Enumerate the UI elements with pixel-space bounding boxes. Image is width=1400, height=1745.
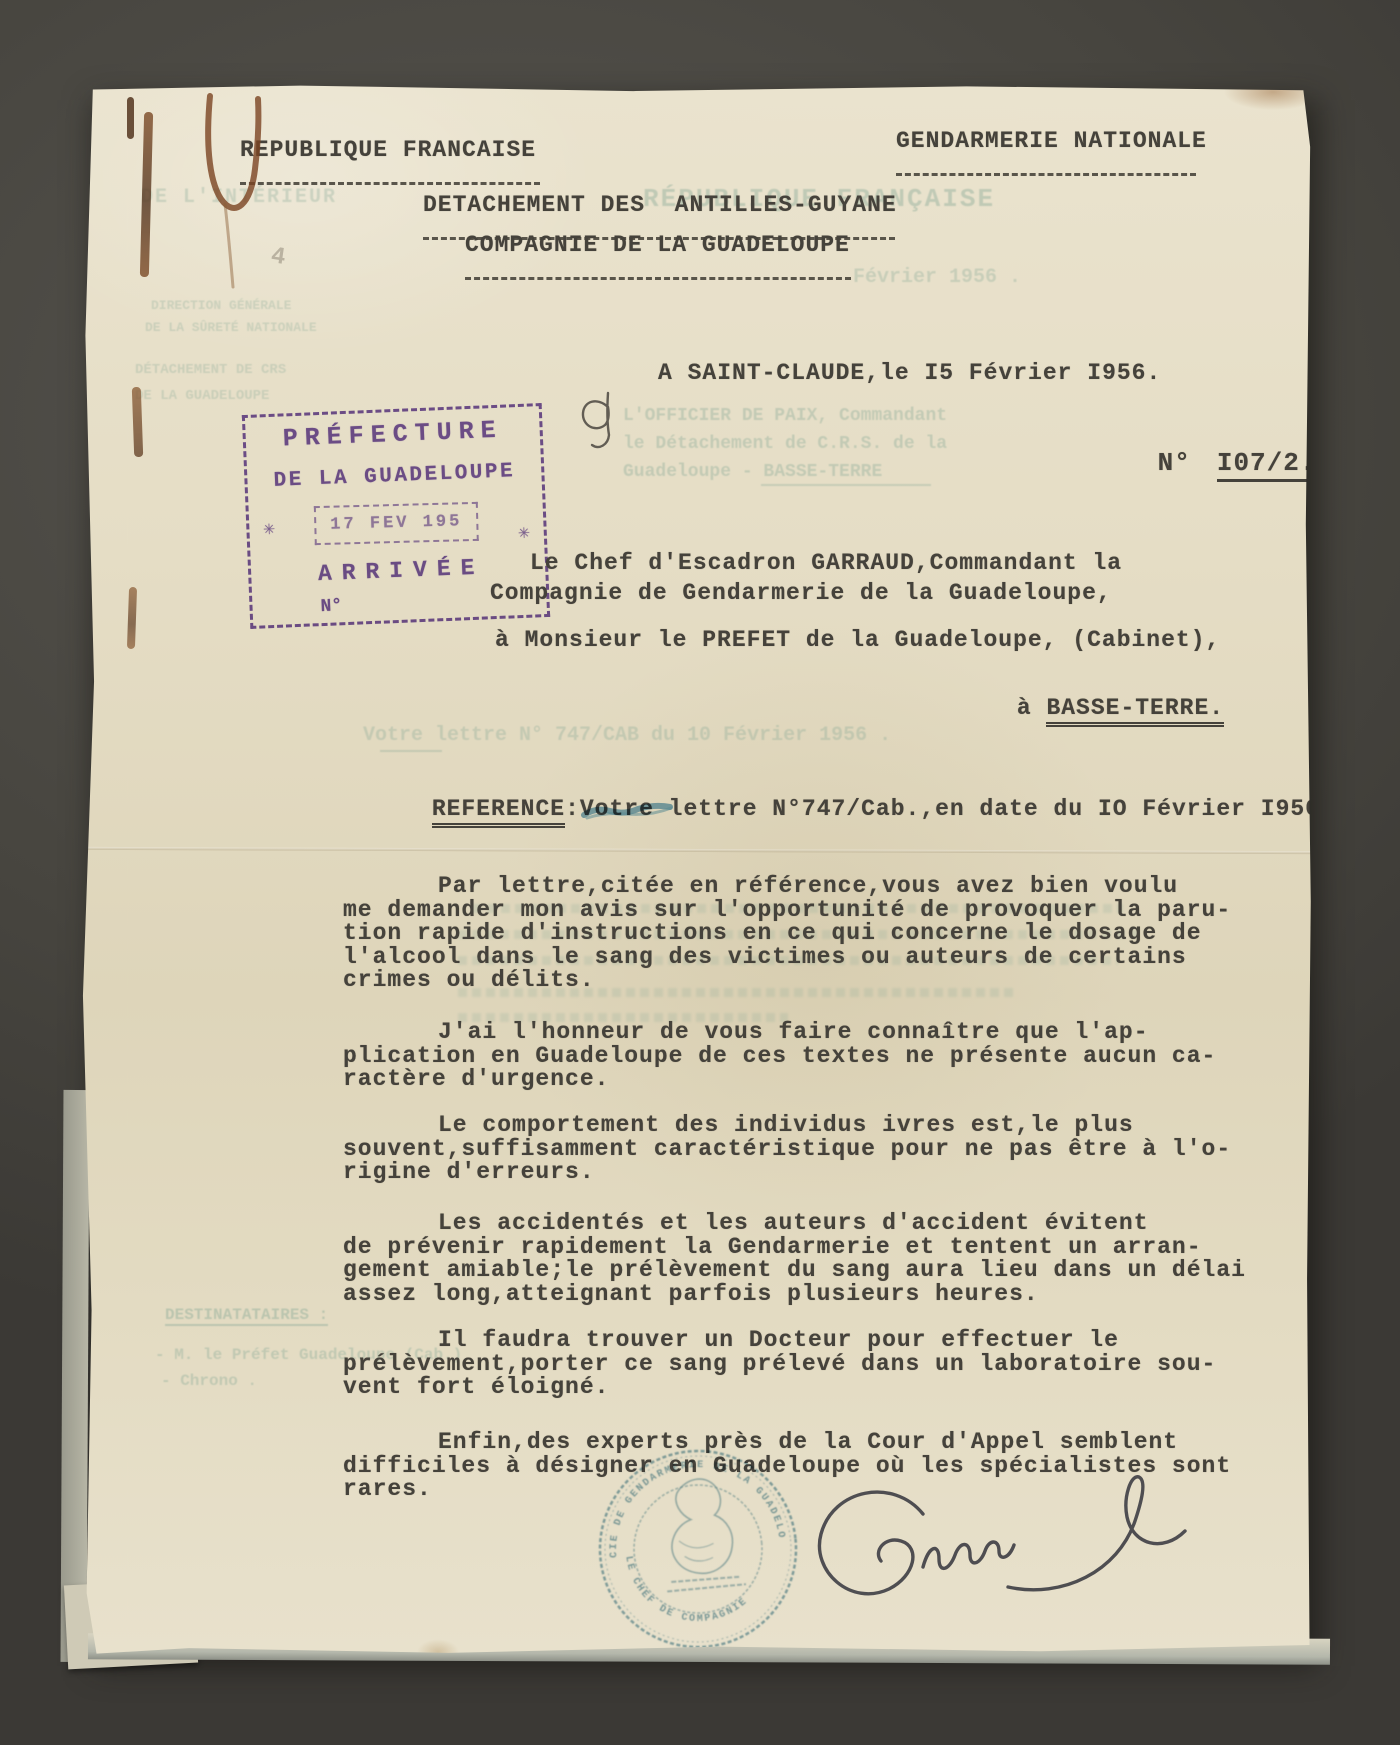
header-republique: REPUBLIQUE FRANCAISE bbox=[240, 139, 536, 163]
header-detachement: DETACHEMENT DES ANTILLES-GUYANE bbox=[423, 194, 897, 218]
rust-staple-mark bbox=[127, 587, 137, 649]
scanned-letter-photo: DE L'INTÉRIEUR DIRECTION GÉNÉRALE DE LA … bbox=[0, 0, 1400, 1745]
under-sheet-left-edge bbox=[61, 1090, 90, 1662]
paragraph-4: Les accidentés et les auteurs d'accident… bbox=[343, 1212, 1246, 1306]
paragraph-3: Le comportement des individus ivres est,… bbox=[343, 1114, 1231, 1185]
arrival-stamp-date: 17 FEV 195 bbox=[314, 501, 479, 544]
letter-page: DE L'INTÉRIEUR DIRECTION GÉNÉRALE DE LA … bbox=[78, 84, 1312, 1656]
bleedthrough-date: Février 1956 . bbox=[853, 266, 1021, 289]
recipient-place: à BASSE-TERRE. bbox=[928, 673, 1224, 744]
sender-line-2: Compagnie de Gendarmerie de la Guadeloup… bbox=[490, 582, 1112, 606]
header-compagnie: COMPAGNIE DE LA GUADELOUPE bbox=[465, 234, 850, 258]
document-number: N°I07/2.- bbox=[1058, 428, 1333, 499]
blue-crayon-mark bbox=[581, 802, 676, 822]
arrival-stamp-numero: N° bbox=[320, 596, 342, 617]
bleedthrough-reference: Votre lettre N° 747/CAB du 10 Février 19… bbox=[363, 724, 891, 747]
reference-label: REFERENCE bbox=[432, 796, 565, 828]
bleedthrough-officier-3: Guadeloupe - BASSE-TERRE bbox=[623, 462, 882, 482]
reference-text: :Votre lettre N°747/Cab.,en date du IO F… bbox=[565, 796, 1335, 822]
signature-ink bbox=[773, 1459, 1213, 1644]
rust-staple-mark bbox=[127, 97, 134, 139]
bleedthrough-direction2: DE LA SÛRETÉ NATIONALE bbox=[145, 320, 317, 335]
rust-stain-u bbox=[196, 86, 276, 301]
pen-mark-d bbox=[578, 389, 620, 451]
bleedthrough-dest2: - Chrono . bbox=[161, 1372, 257, 1390]
arrival-stamp-title: PRÉFECTURE bbox=[282, 416, 503, 454]
svg-text:LE CHEF DE COMPAGNIE: LE CHEF DE COMPAGNIE bbox=[622, 1544, 752, 1633]
bleedthrough-destinataires: DESTINATATAIRES : bbox=[165, 1306, 328, 1326]
round-stamp-bottom-text: LE CHEF DE COMPAGNIE bbox=[622, 1544, 752, 1633]
document-number-prefix: N° bbox=[1158, 448, 1191, 478]
recipient-place-prefix: à bbox=[1017, 695, 1047, 721]
arrival-stamp-arrivee: ARRIVÉE bbox=[317, 555, 485, 588]
paragraph-5: Il faudra trouver un Docteur pour effect… bbox=[343, 1329, 1216, 1400]
recipient-place-name: BASSE-TERRE. bbox=[1046, 695, 1224, 727]
bleedthrough-officier-2: le Détachement de C.R.S. de la bbox=[623, 434, 947, 454]
bleedthrough-underline-2 bbox=[380, 750, 442, 752]
bleedthrough-officier-1: L'OFFICIER DE PAIX, Commandant bbox=[623, 406, 947, 426]
bleedthrough-detachement1: DÉTACHEMENT DE CRS bbox=[135, 362, 286, 378]
dashed-underline bbox=[465, 277, 851, 280]
paragraph-2: J'ai l'honneur de vous faire connaître q… bbox=[343, 1021, 1216, 1092]
recipient-line: à Monsieur le PREFET de la Guadeloupe, (… bbox=[495, 629, 1220, 653]
paper-crease bbox=[78, 847, 1312, 854]
reference-line: REFERENCE:Votre lettre N°747/Cab.,en dat… bbox=[343, 774, 1335, 845]
arrival-stamp-subtitle: DE LA GUADELOUPE bbox=[273, 460, 515, 493]
paragraph-1: Par lettre,citée en référence,vous avez … bbox=[343, 875, 1231, 993]
dateline: A SAINT-CLAUDE,le I5 Février I956. bbox=[658, 362, 1161, 386]
header-gendarmerie: GENDARMERIE NATIONALE bbox=[896, 130, 1207, 154]
asterisk-icon: ✳ bbox=[263, 516, 275, 539]
bleedthrough-detachement2: DE LA GUADELOUPE bbox=[135, 388, 269, 404]
dashed-underline bbox=[240, 182, 540, 185]
sender-line-1: Le Chef d'Escadron GARRAUD,Commandant la bbox=[530, 552, 1122, 576]
bleedthrough-underline bbox=[761, 484, 931, 486]
dashed-underline bbox=[896, 173, 1196, 176]
asterisk-icon: ✳ bbox=[518, 520, 530, 543]
